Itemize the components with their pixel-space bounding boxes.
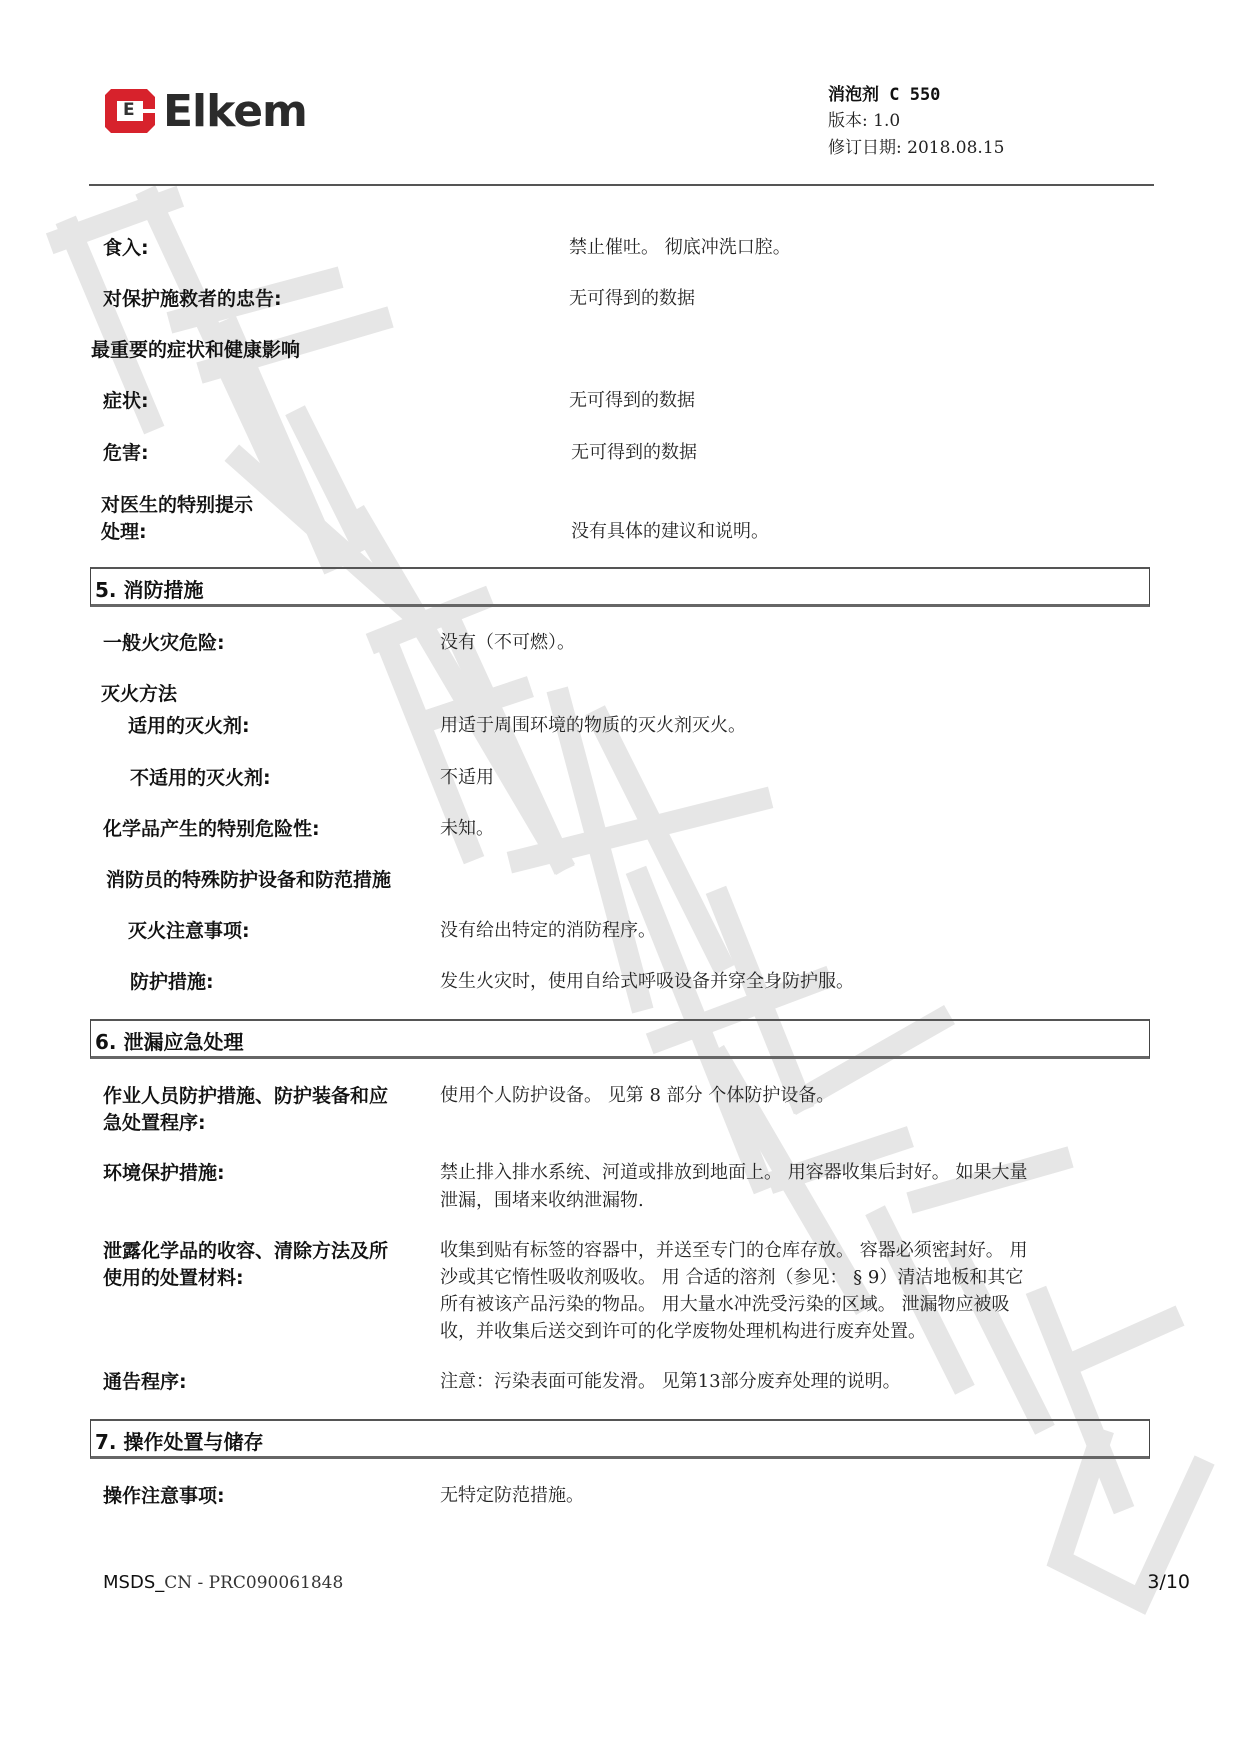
value-cleanup-line4: 收，并收集后送交到许可的化学废物处理机构进行废弃处置。 bbox=[440, 1318, 926, 1345]
header-divider bbox=[89, 184, 1154, 186]
label-treatment: 处理: bbox=[101, 520, 147, 544]
label-firefighting-precautions: 灭火注意事项: bbox=[128, 919, 250, 943]
value-environmental-precautions-line1: 禁止排入排水系统、河道或排放到地面上。 用容器收集后封好。 如果大量 bbox=[440, 1159, 1027, 1186]
subheading-doctor-notes: 对医生的特别提示 bbox=[101, 493, 253, 517]
label-cleanup-line2: 使用的处置材料: bbox=[103, 1266, 244, 1290]
label-cleanup-line1: 泄露化学品的收容、清除方法及所 bbox=[103, 1239, 388, 1263]
value-cleanup-line2: 沙或其它惰性吸收剂吸收。 用 合适的溶剂（参见： § 9）清洁地板和其它 bbox=[440, 1264, 1023, 1291]
label-rescuer-advice: 对保护施救者的忠告: bbox=[103, 287, 282, 311]
label-general-fire-hazard: 一般火灾危险: bbox=[103, 631, 225, 655]
label-protective-measures: 防护措施: bbox=[130, 970, 214, 994]
page-number: 3/10 bbox=[1147, 1571, 1190, 1593]
value-hazards: 无可得到的数据 bbox=[571, 439, 697, 466]
value-notification-procedure: 注意：污染表面可能发滑。 见第13部分废弃处理的说明。 bbox=[440, 1368, 901, 1395]
label-environmental-precautions: 环境保护措施: bbox=[103, 1161, 225, 1185]
label-notification-procedure: 通告程序: bbox=[103, 1370, 187, 1394]
label-suitable-media: 适用的灭火剂: bbox=[128, 714, 250, 738]
elkem-logo: E Elkem bbox=[103, 83, 309, 139]
label-unsuitable-media: 不适用的灭火剂: bbox=[130, 766, 271, 790]
version: 版本: 1.0 bbox=[828, 108, 900, 134]
section-header-6: 6. 泄漏应急处理 bbox=[90, 1019, 1150, 1059]
footer-doc-prefix: MSDS_ bbox=[103, 1572, 164, 1593]
subheading-firefighter-equipment: 消防员的特殊防护设备和防范措施 bbox=[106, 868, 391, 892]
section-title-6: 6. 泄漏应急处理 bbox=[95, 1026, 243, 1055]
value-handling-precautions: 无特定防范措施。 bbox=[440, 1482, 584, 1509]
label-special-hazards: 化学品产生的特别危险性: bbox=[103, 817, 320, 841]
value-treatment: 没有具体的建议和说明。 bbox=[571, 518, 769, 545]
value-unsuitable-media: 不适用 bbox=[440, 764, 494, 791]
value-special-hazards: 未知。 bbox=[440, 815, 494, 842]
label-handling-precautions: 操作注意事项: bbox=[103, 1484, 225, 1508]
brand-name: Elkem bbox=[163, 86, 307, 137]
section-title-7: 7. 操作处置与储存 bbox=[95, 1426, 263, 1455]
label-symptoms: 症状: bbox=[103, 389, 149, 413]
value-suitable-media: 用适于周围环境的物质的灭火剂灭火。 bbox=[440, 712, 746, 739]
section-header-7: 7. 操作处置与储存 bbox=[90, 1419, 1150, 1459]
subheading-extinguishing-methods: 灭火方法 bbox=[101, 682, 177, 706]
footer-doc-code: CN - PRC090061848 bbox=[164, 1573, 343, 1593]
label-personal-precautions-line2: 急处置程序: bbox=[103, 1111, 206, 1135]
subheading-symptoms-effects: 最重要的症状和健康影响 bbox=[91, 338, 300, 362]
label-personal-precautions-line1: 作业人员防护措施、防护装备和应 bbox=[103, 1084, 388, 1108]
value-cleanup-line3: 所有被该产品污染的物品。 用大量水冲洗受污染的区域。 泄漏物应被吸 bbox=[440, 1291, 1009, 1318]
section-title-5: 5. 消防措施 bbox=[95, 574, 203, 603]
value-rescuer-advice: 无可得到的数据 bbox=[569, 285, 695, 312]
logo-letter: E bbox=[123, 100, 135, 120]
label-ingestion: 食入: bbox=[103, 236, 149, 260]
value-firefighting-precautions: 没有给出特定的消防程序。 bbox=[440, 917, 656, 944]
value-symptoms: 无可得到的数据 bbox=[569, 387, 695, 414]
value-cleanup-line1: 收集到贴有标签的容器中，并送至专门的仓库存放。 容器必须密封好。 用 bbox=[440, 1237, 1027, 1264]
value-ingestion: 禁止催吐。 彻底冲洗口腔。 bbox=[569, 234, 791, 261]
product-name: 消泡剂 C 550 bbox=[828, 82, 940, 108]
revision-date: 修订日期: 2018.08.15 bbox=[828, 135, 1004, 161]
value-environmental-precautions-line2: 泄漏，围堵来收纳泄漏物. bbox=[440, 1187, 644, 1214]
value-personal-precautions: 使用个人防护设备。 见第 8 部分 个体防护设备。 bbox=[440, 1082, 834, 1109]
section-header-5: 5. 消防措施 bbox=[90, 567, 1150, 607]
value-general-fire-hazard: 没有（不可燃）。 bbox=[440, 629, 575, 656]
label-hazards: 危害: bbox=[103, 441, 149, 465]
footer-doc-id: MSDS_CN - PRC090061848 bbox=[103, 1572, 343, 1593]
value-protective-measures: 发生火灾时，使用自给式呼吸设备并穿全身防护服。 bbox=[440, 968, 854, 995]
